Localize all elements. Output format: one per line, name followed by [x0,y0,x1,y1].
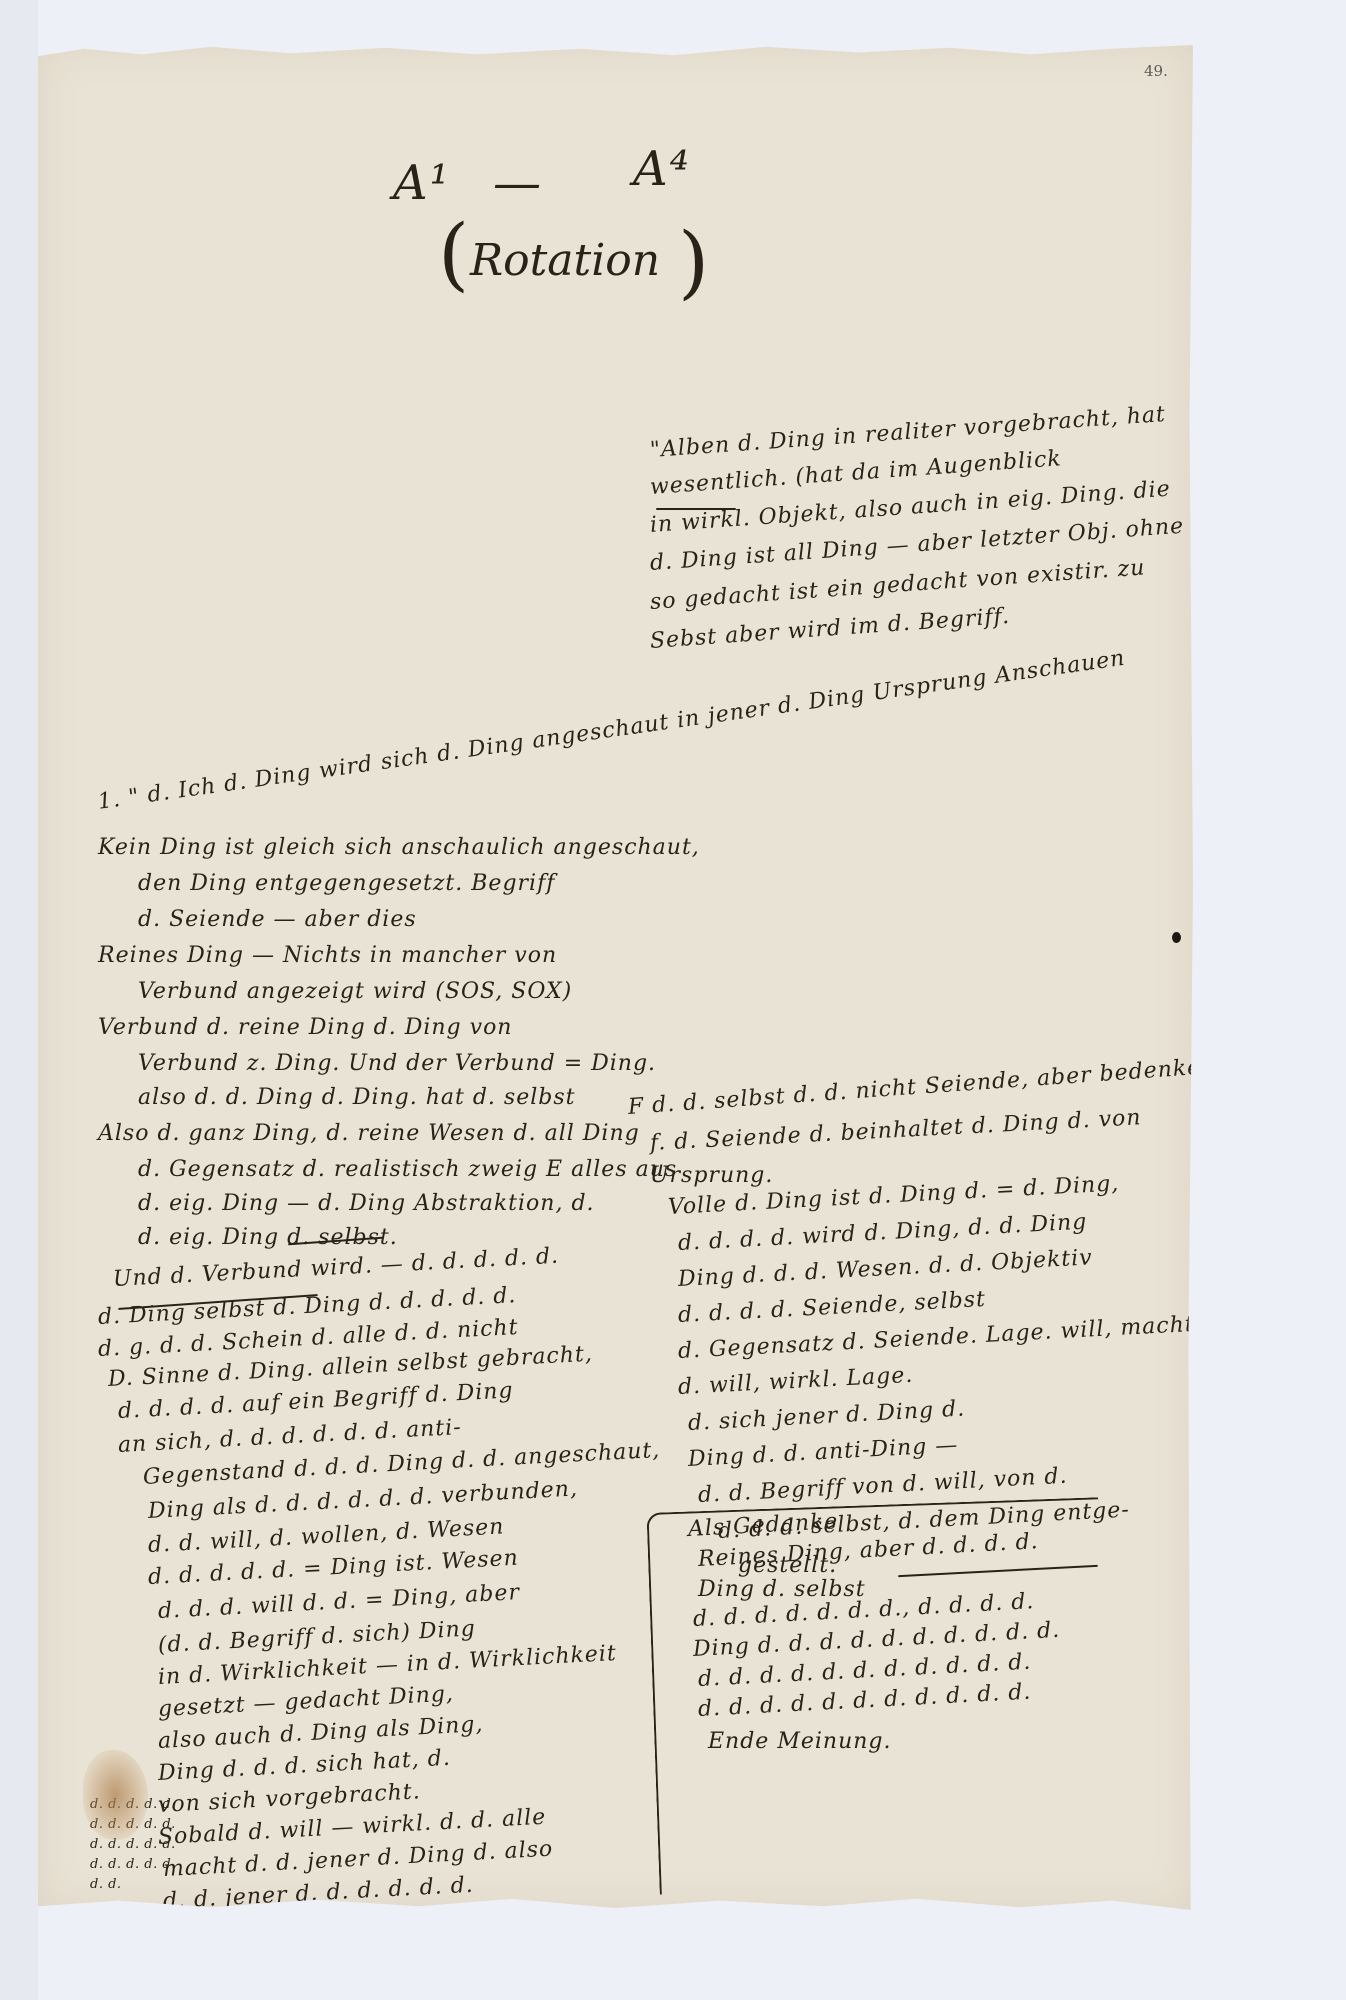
list-item-2-line: Kein Ding ist gleich sich anschaulich an… [98,835,700,860]
water-stain [83,1750,148,1840]
list-item-2-line: den Ding entgegengesetzt. Begriff [138,871,555,896]
margin-line: d. d. d. d. d. [90,1837,176,1852]
folio-number: 49. [1144,62,1168,80]
heading-close-paren: ) [678,215,709,308]
note-line: "Alben d. Ding in realiter vorgebracht, … [649,402,1167,463]
block-line: d. will, wirkl. Lage. [677,1363,914,1400]
manuscript-page: 49. A¹ — A⁴ ( Rotation ) "Alben d. Ding … [38,45,1193,1910]
list-item-5-line: d. Gegensatz d. realistisch zweig E alle… [138,1157,677,1182]
ink-dot [1172,932,1181,943]
list-item-4-line: Verbund d. reine Ding d. Ding von [98,1015,512,1040]
list-item-5-line: Also d. ganz Ding, d. reine Wesen d. all… [98,1121,640,1146]
heading-open-paren: ( [438,207,469,300]
margin-line: d. d. d. d. d. [90,1857,176,1872]
heading-range-start: A¹ [393,155,451,211]
list-item-3-line: Verbund angezeigt wird (SOS, SOX) [138,979,572,1004]
block-line: d. sich jener d. Ding d. [687,1396,965,1435]
list-item-5-line: d. eig. Ding — d. Ding Abstraktion, d. [138,1191,595,1216]
heading-range-end: A⁴ [633,141,691,197]
block-line: von sich vorgebracht. [157,1779,421,1818]
list-item-3-line: Reines Ding — Nichts in mancher von [98,943,557,968]
note-line: Ursprung. [650,1163,773,1188]
list-header-line: 1. " d. Ich d. Ding wird sich d. Ding an… [96,646,1127,815]
note-line: Sebst aber wird im d. Begriff. [649,604,1011,654]
note-line: Ende Meinung. [708,1729,892,1754]
list-item-4-line: also d. d. Ding d. Ding. hat d. selbst [138,1085,575,1110]
block-line: Ding d. d. anti-Ding — [687,1433,959,1472]
margin-line: d. d. [90,1877,122,1892]
block-line: d. d. d. d. Seiende, selbst [677,1287,986,1328]
heading-dash: — [493,155,543,211]
list-item-2-line: d. Seiende — aber dies [138,907,417,932]
list-item-4-line: Verbund z. Ding. Und der Verbund = Ding. [138,1051,656,1076]
heading-subtitle: Rotation [470,235,660,286]
scan-margin-strip [0,0,38,2000]
